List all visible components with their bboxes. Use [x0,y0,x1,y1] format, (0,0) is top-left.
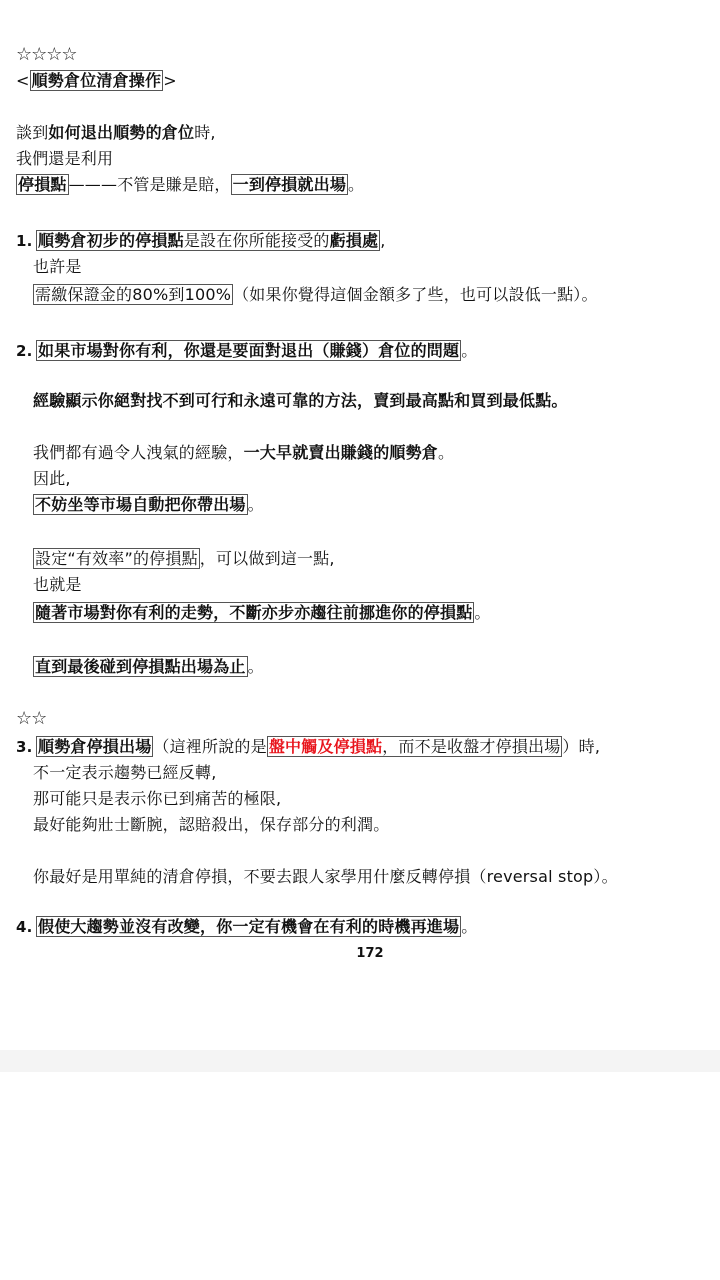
item-1-line-1: 1.順勢倉初步的停損點是設在你所能接受的虧損處, [16,230,386,252]
text: 。 [248,495,264,514]
item-3-line-1: 3.順勢倉停損出場（這裡所說的是盤中觸及停損點，而不是收盤才停損出場）時, [16,736,600,758]
rating-stars-middle: ☆☆ [16,708,46,730]
item-2-paragraph-2: 我們都有過令人洩氣的經驗，一大早就賣出賺錢的順勢倉。 [33,442,454,464]
text: ，而不是收盤才停損出場 [382,737,560,756]
page-separator [0,1050,720,1072]
text: 。 [474,603,490,622]
efficient-stop-box: 設定“有效率”的停損點 [33,548,200,569]
text: 時, [194,123,216,142]
red-highlight: 盤中觸及停損點 [269,737,382,756]
item-number: 4. [16,916,36,938]
item-2-paragraph-7: 隨著市場對你有利的走勢，不斷亦步亦趨往前挪進你的停損點。 [33,602,491,624]
item-2-paragraph-5: 設定“有效率”的停損點，可以做到這一點, [33,548,335,570]
text: ）時, [562,737,600,756]
intro-line-2: 我們還是利用 [16,148,113,170]
text: 是設在你所能接受的 [184,231,330,250]
item-number: 3. [16,736,36,758]
section-title-box: 順勢倉位清倉操作 [30,70,164,91]
intraday-box: 盤中觸及停損點，而不是收盤才停損出場 [267,736,563,757]
text: 。 [461,917,477,936]
bold-text: 虧損處 [330,231,379,250]
bold-text: 如何退出順勢的倉位 [48,123,194,142]
item-number: 1. [16,230,36,252]
text: , [380,231,385,250]
text: 談到 [16,123,48,142]
item-2-therefore: 因此, [33,468,71,490]
rating-stars-top: ☆☆☆☆ [16,44,77,66]
item-2-paragraph-8: 直到最後碰到停損點出場為止。 [33,656,264,678]
item-2-box: 如果市場對你有利，你還是要面對退出（賺錢）倉位的問題 [36,340,461,361]
item-2-paragraph-4: 不妨坐等市場自動把你帶出場。 [33,494,264,516]
intro-line-3: 停損點———不管是賺是賠，一到停損就出場。 [16,174,364,196]
item-4-line-1: 4.假使大趨勢並沒有改變，你一定有機會在有利的時機再進場。 [16,916,477,938]
item-3-line-3: 那可能只是表示你已到痛苦的極限, [33,788,281,810]
title-bracket-open: < [16,71,30,90]
until-stop-box: 直到最後碰到停損點出場為止 [33,656,248,677]
title-bracket-close: > [163,71,177,90]
trailing-stop-box: 隨著市場對你有利的走勢，不斷亦步亦趨往前挪進你的停損點 [33,602,474,623]
item-number: 2. [16,340,36,362]
item-2-paragraph-6: 也就是 [33,574,82,596]
item-1-line-2: 也許是 [33,256,82,278]
item-4-box: 假使大趨勢並沒有改變，你一定有機會在有利的時機再進場 [36,916,461,937]
item-1-line-3: 需繳保證金的80%到100%（如果你覺得這個金額多了些，也可以設低一點）。 [33,284,598,306]
page-number: 172 [0,946,720,961]
item-3-line-5: 你最好是用單純的清倉停損，不要去跟人家學用什麼反轉停損（reversal sto… [33,866,618,888]
text: （這裡所說的是 [153,737,266,756]
section-title: <順勢倉位清倉操作> [16,70,177,92]
stop-point-box: 停損點 [16,174,69,195]
text: 。 [348,175,364,194]
text: 。 [461,341,477,360]
text: 。 [248,657,264,676]
item-3-box: 順勢倉停損出場 [36,736,153,757]
item-2-line-1: 2.如果市場對你有利，你還是要面對退出（賺錢）倉位的問題。 [16,340,477,362]
item-3-line-2: 不一定表示趨勢已經反轉, [33,762,217,784]
text: ———不管是賺是賠， [69,175,231,194]
wait-market-box: 不妨坐等市場自動把你帶出場 [33,494,248,515]
text: 我們都有過令人洩氣的經驗， [33,443,244,462]
item-1-box: 順勢倉初步的停損點是設在你所能接受的虧損處 [36,230,380,251]
intro-line-1: 談到如何退出順勢的倉位時, [16,122,216,144]
item-3-line-4: 最好能夠壯士斷腕，認賠殺出，保存部分的利潤。 [33,814,389,836]
margin-box: 需繳保證金的80%到100% [33,284,233,305]
text: （如果你覺得這個金額多了些，也可以設低一點）。 [233,285,598,304]
exit-rule-box: 一到停損就出場 [231,174,348,195]
document-page: ☆☆☆☆ <順勢倉位清倉操作> 談到如何退出順勢的倉位時, 我們還是利用 停損點… [0,0,720,1050]
text: 。 [438,443,454,462]
bold-text: 順勢倉初步的停損點 [38,231,184,250]
text: ，可以做到這一點, [200,549,335,568]
bold-text: 一大早就賣出賺錢的順勢倉 [244,443,438,462]
item-2-paragraph-1: 經驗顯示你絕對找不到可行和永遠可靠的方法，賣到最高點和買到最低點。 [33,390,568,412]
